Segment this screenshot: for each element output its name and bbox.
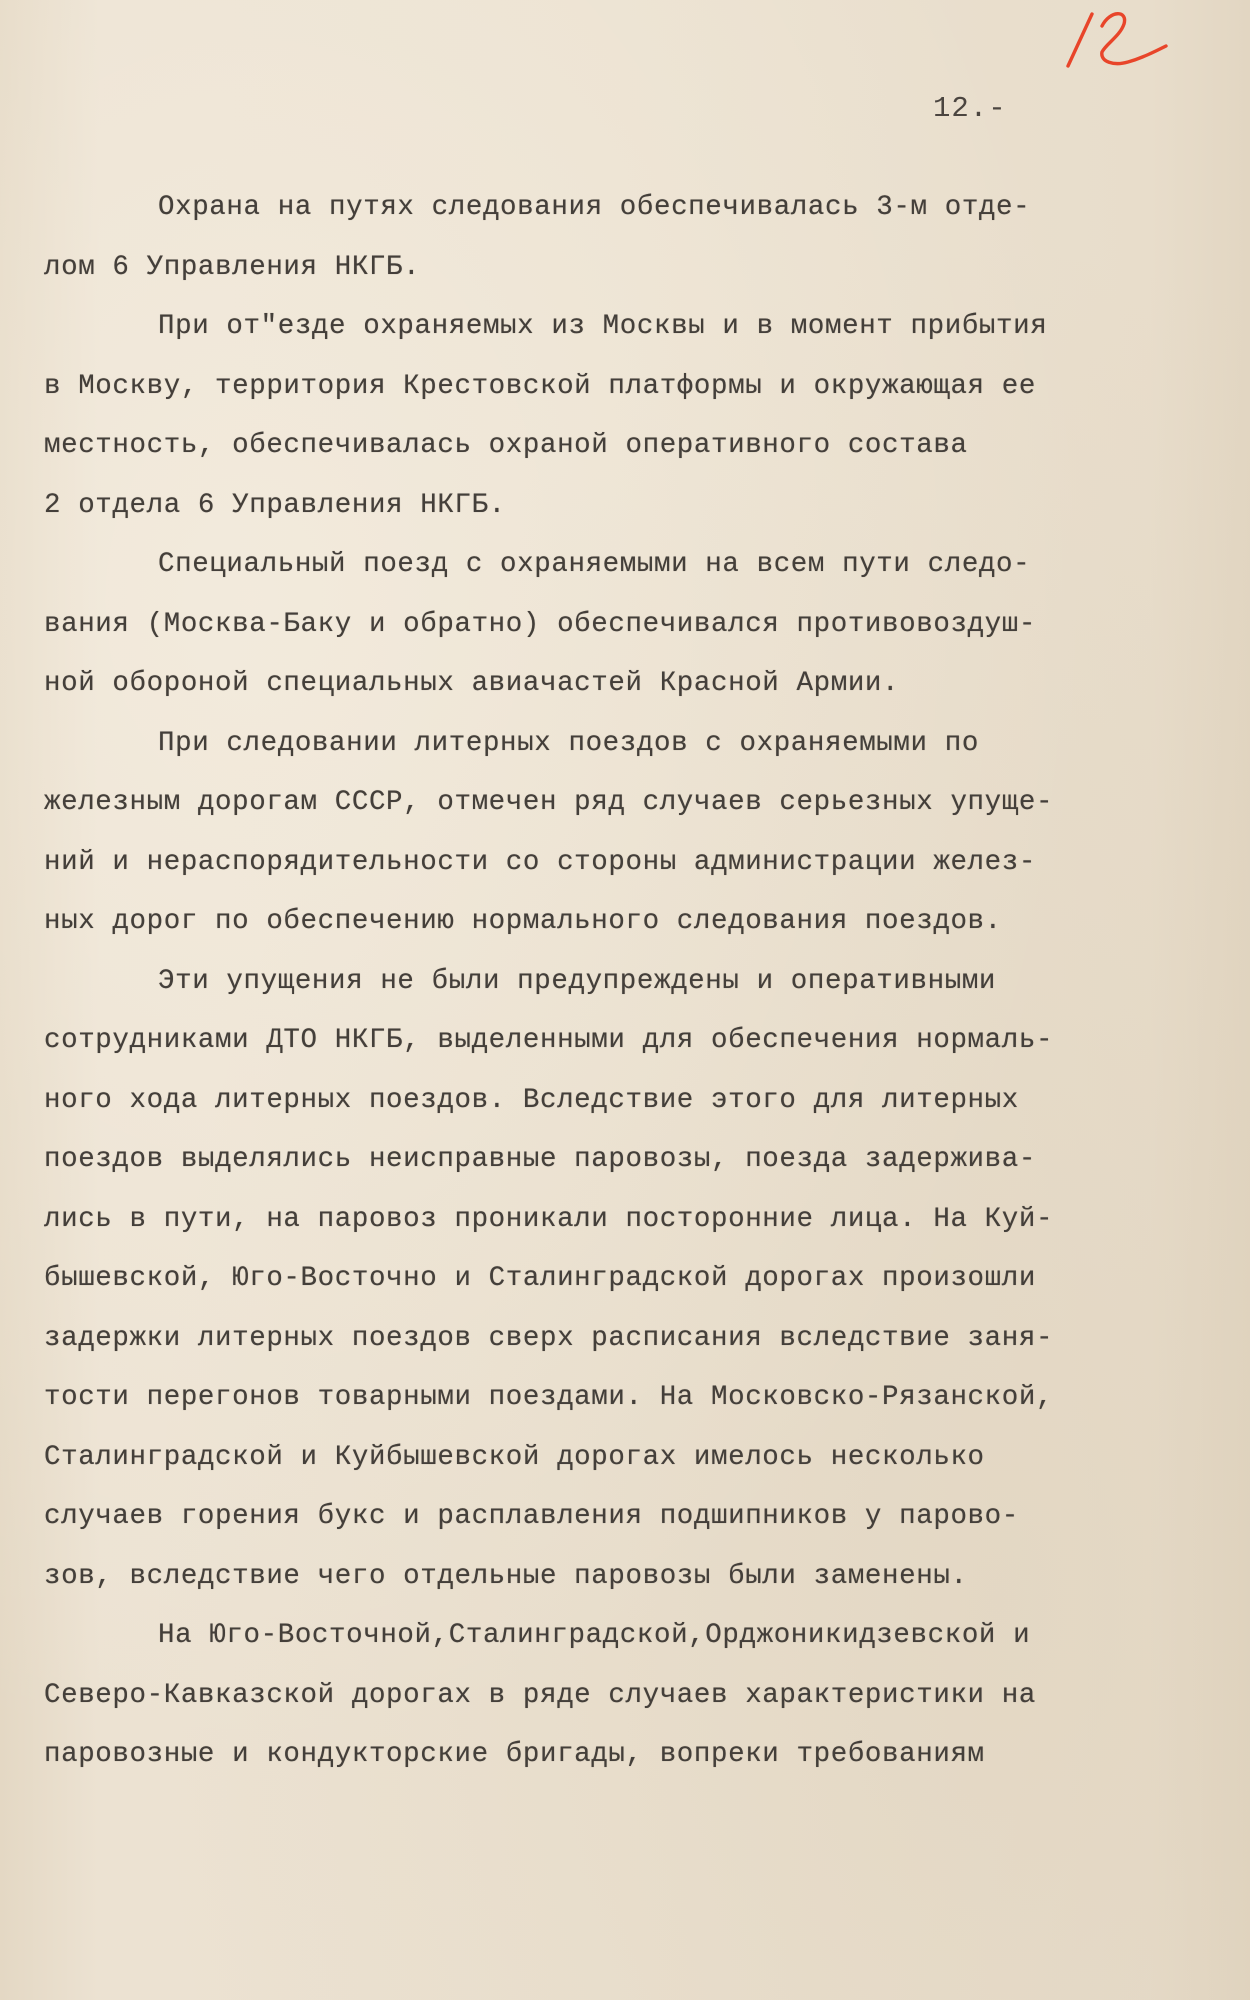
text-line: железным дорогам СССР, отмечен ряд случа… [44, 773, 1224, 833]
text-line: случаев горения букс и расплавления подш… [44, 1487, 1224, 1547]
text-line: поездов выделялись неисправные паровозы,… [44, 1130, 1224, 1190]
text-line: сотрудниками ДТО НКГБ, выделенными для о… [44, 1011, 1224, 1071]
text-line: паровозные и кондукторские бригады, вопр… [44, 1725, 1224, 1785]
paragraph-first-line: На Юго-Восточной,Сталинградской,Орджоник… [44, 1606, 1224, 1666]
text-line: 2 отдела 6 Управления НКГБ. [44, 476, 1224, 536]
text-line: в Москву, территория Крестовской платфор… [44, 357, 1224, 417]
paragraph-first-line: Охрана на путях следования обеспечивалас… [44, 178, 1224, 238]
handwritten-digit-two [1102, 14, 1166, 64]
text-line: ний и нераспорядительности со стороны ад… [44, 833, 1224, 893]
paragraph-first-line: При следовании литерных поездов с охраня… [44, 714, 1224, 774]
text-line: Сталинградской и Куйбышевской дорогах им… [44, 1428, 1224, 1488]
text-line: ной обороной специальных авиачастей Крас… [44, 654, 1224, 714]
paragraph-first-line: При от"езде охраняемых из Москвы и в мом… [44, 297, 1224, 357]
text-line: задержки литерных поездов сверх расписан… [44, 1309, 1224, 1369]
text-line: бышевской, Юго-Восточно и Сталинградской… [44, 1249, 1224, 1309]
paragraph-first-line: Специальный поезд с охраняемыми на всем … [44, 535, 1224, 595]
document-body: Охрана на путях следования обеспечивалас… [44, 178, 1224, 1785]
text-line: лом 6 Управления НКГБ. [44, 238, 1224, 298]
text-line: зов, вследствие чего отдельные паровозы … [44, 1547, 1224, 1607]
text-line: тости перегонов товарными поездами. На М… [44, 1368, 1224, 1428]
text-line: местность, обеспечивалась охраной операт… [44, 416, 1224, 476]
page-number: 12.- [933, 92, 1007, 125]
document-page: 12 12.- Охрана на путях следования обесп… [0, 0, 1250, 2000]
handwritten-digit-one [1068, 14, 1092, 66]
text-line: лись в пути, на паровоз проникали постор… [44, 1190, 1224, 1250]
text-line: вания (Москва-Баку и обратно) обеспечива… [44, 595, 1224, 655]
text-line: Северо-Кавказской дорогах в ряде случаев… [44, 1666, 1224, 1726]
archive-folio-number-handwritten: 12 [1062, 4, 1182, 74]
text-line: ного хода литерных поездов. Вследствие э… [44, 1071, 1224, 1131]
text-line: ных дорог по обеспечению нормального сле… [44, 892, 1224, 952]
paragraph-first-line: Эти упущения не были предупреждены и опе… [44, 952, 1224, 1012]
